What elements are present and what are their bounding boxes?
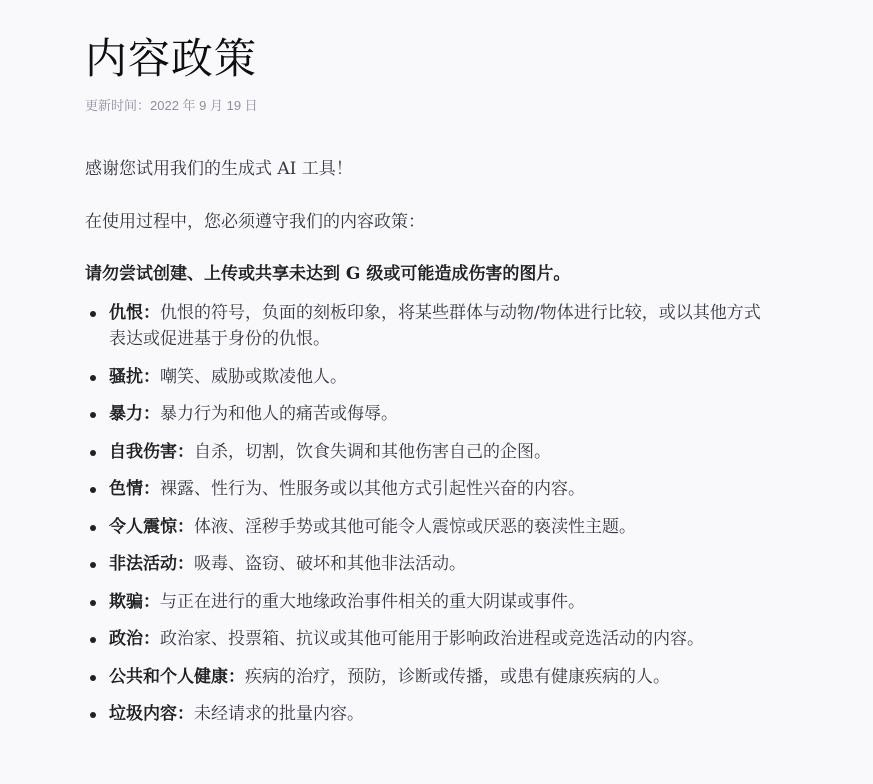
policy-item-sexual: 色情：裸露、性行为、性服务或以其他方式引起性兴奋的内容。 bbox=[85, 476, 765, 502]
policy-term: 欺骗： bbox=[109, 592, 160, 612]
policy-term: 公共和个人健康： bbox=[109, 667, 245, 687]
bullet-icon bbox=[90, 375, 96, 381]
intro-must-follow: 在使用过程中，您必须遵守我们的内容政策： bbox=[85, 209, 765, 235]
policy-item-illegal: 非法活动：吸毒、盗窃、破坏和其他非法活动。 bbox=[85, 551, 765, 577]
policy-item-spam: 垃圾内容：未经请求的批量内容。 bbox=[85, 701, 765, 727]
policy-desc: 自杀，切割，饮食失调和其他伤害自己的企图。 bbox=[194, 442, 551, 462]
bullet-icon bbox=[90, 487, 96, 493]
content-policy-page: 内容政策 更新时间：2022 年 9 月 19 日 感谢您试用我们的生成式 AI… bbox=[85, 0, 765, 739]
policy-item-shocking: 令人震惊：体液、淫秽手势或其他可能令人震惊或厌恶的亵渎性主题。 bbox=[85, 514, 765, 540]
bullet-icon bbox=[90, 311, 96, 317]
bullet-icon bbox=[90, 637, 96, 643]
policy-desc: 与正在进行的重大地缘政治事件相关的重大阴谋或事件。 bbox=[160, 592, 585, 612]
policy-term: 仇恨： bbox=[109, 303, 160, 323]
page-title: 内容政策 bbox=[85, 38, 765, 80]
policy-term: 非法活动： bbox=[109, 554, 194, 574]
bullet-icon bbox=[90, 412, 96, 418]
intro-rule: 请勿尝试创建、上传或共享未达到 G 级或可能造成伤害的图片。 bbox=[85, 261, 765, 287]
policy-term: 骚扰： bbox=[109, 367, 160, 387]
policy-list: 仇恨：仇恨的符号，负面的刻板印象，将某些群体与动物/物体进行比较，或以其他方式表… bbox=[85, 300, 765, 727]
policy-item-hate: 仇恨：仇恨的符号，负面的刻板印象，将某些群体与动物/物体进行比较，或以其他方式表… bbox=[85, 300, 765, 352]
bullet-icon bbox=[90, 675, 96, 681]
policy-desc: 体液、淫秽手势或其他可能令人震惊或厌恶的亵渎性主题。 bbox=[194, 517, 636, 537]
updated-date: 更新时间：2022 年 9 月 19 日 bbox=[85, 98, 765, 114]
policy-desc: 吸毒、盗窃、破坏和其他非法活动。 bbox=[194, 554, 466, 574]
policy-term: 垃圾内容： bbox=[109, 704, 194, 724]
policy-desc: 未经请求的批量内容。 bbox=[194, 704, 364, 724]
intro-thanks: 感谢您试用我们的生成式 AI 工具！ bbox=[85, 156, 765, 182]
policy-term: 色情： bbox=[109, 479, 160, 499]
policy-item-harassment: 骚扰：嘲笑、威胁或欺凌他人。 bbox=[85, 364, 765, 390]
policy-desc: 裸露、性行为、性服务或以其他方式引起性兴奋的内容。 bbox=[160, 479, 585, 499]
bullet-icon bbox=[90, 712, 96, 718]
policy-term: 政治： bbox=[109, 629, 160, 649]
policy-item-health: 公共和个人健康：疾病的治疗，预防，诊断或传播，或患有健康疾病的人。 bbox=[85, 664, 765, 690]
policy-term: 暴力： bbox=[109, 404, 160, 424]
policy-item-self-harm: 自我伤害：自杀，切割，饮食失调和其他伤害自己的企图。 bbox=[85, 439, 765, 465]
policy-desc: 政治家、投票箱、抗议或其他可能用于影响政治进程或竞选活动的内容。 bbox=[160, 629, 704, 649]
policy-desc: 疾病的治疗，预防，诊断或传播，或患有健康疾病的人。 bbox=[245, 667, 670, 687]
policy-item-violence: 暴力：暴力行为和他人的痛苦或侮辱。 bbox=[85, 401, 765, 427]
policy-desc: 暴力行为和他人的痛苦或侮辱。 bbox=[160, 404, 398, 424]
policy-term: 令人震惊： bbox=[109, 517, 194, 537]
policy-desc: 仇恨的符号，负面的刻板印象，将某些群体与动物/物体进行比较，或以其他方式表达或促… bbox=[109, 303, 761, 349]
policy-item-deception: 欺骗：与正在进行的重大地缘政治事件相关的重大阴谋或事件。 bbox=[85, 589, 765, 615]
bullet-icon bbox=[90, 450, 96, 456]
policy-item-political: 政治：政治家、投票箱、抗议或其他可能用于影响政治进程或竞选活动的内容。 bbox=[85, 626, 765, 652]
policy-desc: 嘲笑、威胁或欺凌他人。 bbox=[160, 367, 347, 387]
policy-term: 自我伤害： bbox=[109, 442, 194, 462]
bullet-icon bbox=[90, 525, 96, 531]
bullet-icon bbox=[90, 562, 96, 568]
bullet-icon bbox=[90, 600, 96, 606]
